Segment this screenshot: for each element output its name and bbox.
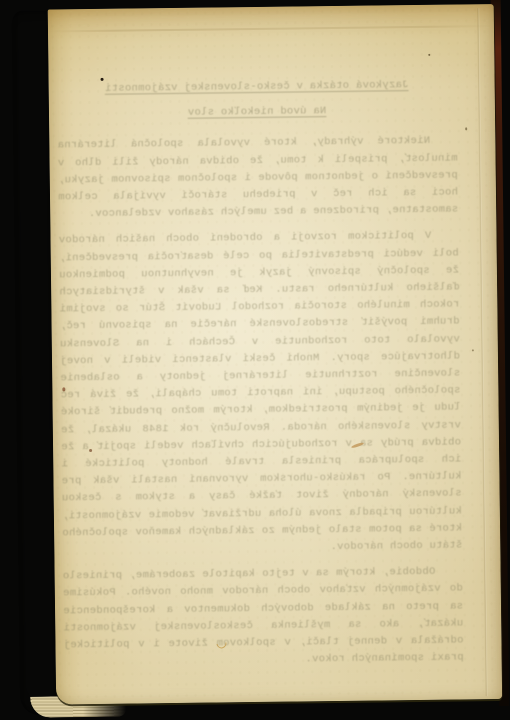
rust-speck xyxy=(62,387,65,391)
mirrored-bleedthrough-text: Jazyková otázka v česko-slovenskej vzájo… xyxy=(57,77,464,681)
tiny-speck xyxy=(465,127,467,130)
vertical-crease xyxy=(477,8,488,696)
blank-book-page: Jazyková otázka v česko-slovenskej vzájo… xyxy=(48,4,502,704)
scanned-book-photo: Jazyková otázka v česko-slovenskej vzájo… xyxy=(0,0,510,720)
bleedthrough-paragraph: V politickom rozvoji a obrodení oboch na… xyxy=(58,228,462,560)
bleedthrough-title-text: Jazyková otázka v česko-slovenskej vzájo… xyxy=(105,79,409,95)
rust-speck xyxy=(89,449,92,452)
horizontal-crease xyxy=(48,25,494,32)
tiny-speck xyxy=(472,349,474,351)
ink-dot-speck xyxy=(101,78,104,81)
book: Jazyková otázka v česko-slovenskej vzájo… xyxy=(0,0,510,720)
bleedthrough-subtitle-text: Na úvod niekoľko slov xyxy=(188,105,327,119)
bleedthrough-subtitle: Na úvod niekoľko slov xyxy=(57,102,457,124)
tiny-speck xyxy=(428,54,430,56)
bleedthrough-paragraph: Niektoré výhrady, ktoré vyvolala spoločn… xyxy=(57,133,458,224)
bleedthrough-paragraph: Obdobie, ktorým sa v tejto kapitole zaob… xyxy=(63,564,464,672)
bleedthrough-title: Jazyková otázka v česko-slovenskej vzájo… xyxy=(57,77,457,99)
